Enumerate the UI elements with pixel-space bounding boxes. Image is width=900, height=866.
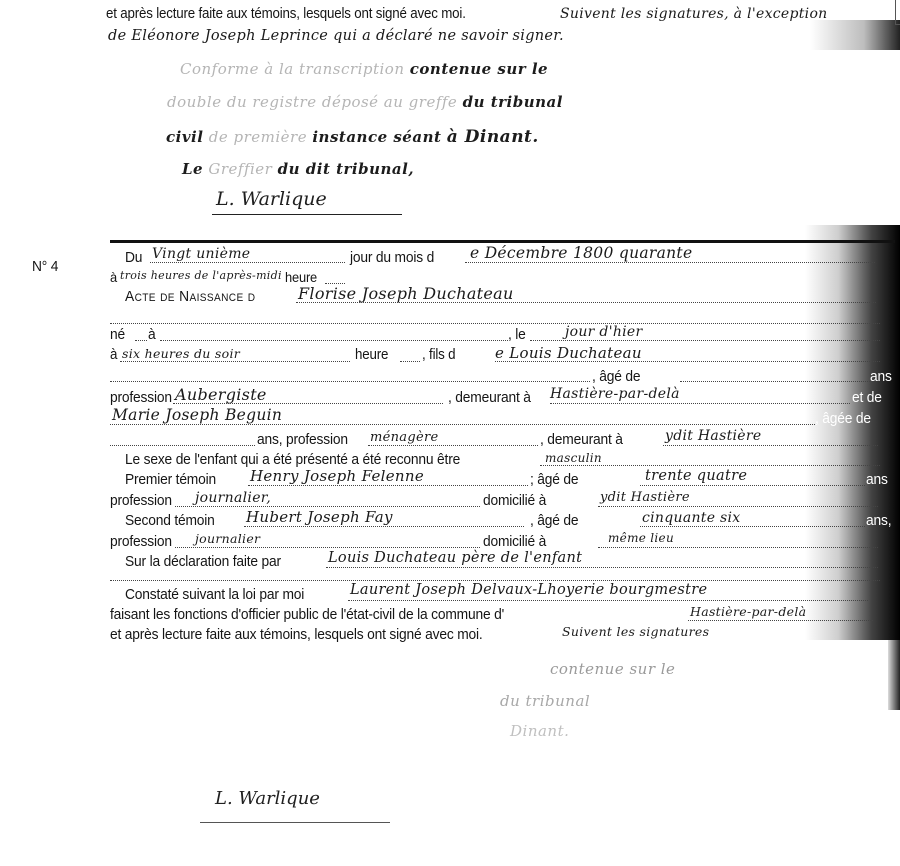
mother-profession-value: ménagère [370, 430, 438, 445]
cert-line1-faint: Conforme à la transcription [180, 60, 405, 78]
witness1-residence-value: ydit Hastière [600, 490, 690, 505]
witness1-age-value: trente quatre [645, 468, 747, 484]
father-age-unit: ans [870, 368, 892, 385]
mother-residence-label: , demeurant à [540, 431, 623, 448]
father-profession-value: Aubergiste [175, 385, 267, 404]
dotted-line [465, 262, 875, 263]
born-hour-label: heure [355, 347, 388, 363]
cert-line4-bold-a: Le [182, 160, 203, 178]
dotted-line [530, 340, 880, 341]
day-prefix: Du [125, 249, 142, 266]
dotted-line [326, 567, 878, 568]
greffier-signature: L. Warlique [216, 188, 327, 210]
cert-line3-faint: de première [209, 128, 307, 146]
father-profession-label: profession [110, 389, 172, 406]
dotted-line [680, 381, 870, 382]
faded-signature: L. Warlique [215, 788, 320, 809]
faded-cert-line-1: contenue sur le [180, 660, 675, 678]
officer-value: Laurent Joseph Delvaux-Lhoyerie bourgmes… [350, 582, 707, 598]
witness1-profession-value: journalier, [195, 490, 271, 506]
dotted-line [663, 445, 878, 446]
cert-line3-bold-a: civil [166, 128, 203, 146]
child-name: Florise Joseph Duchateau [298, 284, 514, 303]
closing-value: Suivent les signatures [562, 624, 709, 639]
dotted-line [348, 600, 868, 601]
faded-cert-line1-text: contenue sur le [550, 660, 675, 678]
dotted-line [175, 547, 480, 548]
witness2-residence-label: domicilié à [483, 533, 546, 550]
mother-age-unit: ans, profession [257, 431, 348, 448]
faded-cert-line-3: Dinant. [170, 722, 569, 740]
dotted-line [160, 340, 508, 341]
dotted-line [110, 424, 815, 425]
month-label: jour du mois d [350, 249, 434, 266]
previous-closing-handwritten: Suivent les signatures, à l'exception [560, 6, 828, 22]
mother-residence-value: ydit Hastière [665, 428, 761, 444]
function-label: faisant les fonctions d'officier public … [110, 606, 504, 623]
dotted-line [540, 465, 880, 466]
dotted-line [296, 302, 876, 303]
born-at-label: à [148, 326, 156, 343]
dotted-line [550, 403, 850, 404]
hour-label: heure [285, 269, 317, 285]
father-residence-label: , demeurant à [448, 389, 531, 406]
dotted-line [688, 620, 873, 621]
certification-line-4: Le Greffier du dit tribunal, [182, 160, 414, 178]
born-label: né [110, 326, 125, 343]
cert-line1-bold: contenue sur le [410, 60, 548, 78]
dotted-line [120, 361, 350, 362]
closing-label: et après lecture faite aux témoins, lesq… [110, 626, 483, 643]
witness2-age-value: cinquante six [642, 510, 741, 526]
mother-age-label: , âgée de [815, 410, 871, 427]
signature-underline [212, 214, 402, 215]
dotted-line [110, 381, 590, 382]
witness2-profession-value: journalier [195, 531, 260, 546]
sex-label: Le sexe de l'enfant qui a été présenté a… [125, 451, 460, 468]
dotted-line [244, 526, 524, 527]
cert-line4-faint: Greffier [208, 160, 272, 178]
act-separator-rule [110, 240, 895, 243]
day-value: Vingt unième [152, 246, 250, 262]
certification-line-1: Conforme à la transcription contenue sur… [180, 60, 548, 78]
scan-shadow-top [810, 20, 900, 50]
son-of-label: , fils d [422, 347, 455, 363]
act-number: N° 4 [32, 258, 58, 275]
cert-line3-bold-b: instance séant [312, 128, 441, 146]
dotted-line [368, 445, 538, 446]
cert-line4-bold-b: du dit tribunal, [278, 160, 414, 178]
father-residence-value: Hastière-par-delà [550, 386, 680, 402]
witness2-age-label: , âgé de [530, 512, 578, 529]
hour-value: trois heures de l'après-midi [120, 269, 282, 282]
declaration-label: Sur la déclaration faite par [125, 553, 281, 570]
dotted-line [598, 547, 878, 548]
page-frame-corner [895, 0, 900, 25]
faded-cert-line3-text: Dinant. [510, 722, 569, 740]
father-name: e Louis Duchateau [495, 344, 642, 362]
dotted-line [110, 445, 255, 446]
dotted-line [248, 485, 528, 486]
act-title: Acte de Naissance d [125, 288, 255, 305]
mother-name: Marie Joseph Beguin [112, 406, 282, 424]
witness2-age-unit: ans, [866, 512, 891, 529]
witness1-label: Premier témoin [125, 471, 216, 488]
born-date-label: , le [508, 326, 526, 343]
witness2-residence-value: même lieu [608, 531, 674, 545]
cert-line3-place: à Dinant. [447, 127, 539, 147]
cert-line2-faint: double du registre déposé au greffe [167, 93, 457, 111]
faded-signature-underline [200, 822, 390, 823]
witness2-name: Hubert Joseph Fay [246, 508, 393, 526]
dotted-line [640, 485, 865, 486]
declaration-value: Louis Duchateau père de l'enfant [328, 550, 582, 566]
scan-shadow-bottom [888, 640, 900, 710]
dotted-line [173, 403, 443, 404]
dotted-line [400, 361, 420, 362]
dotted-line [110, 323, 880, 324]
witness1-residence-label: domicilié à [483, 492, 546, 509]
dotted-line [135, 340, 147, 341]
father-age-label: , âgé de [592, 368, 640, 385]
witness2-label: Second témoin [125, 512, 215, 529]
witness1-age-unit: ans [866, 471, 888, 488]
cert-line2-bold: du tribunal [463, 93, 563, 111]
born-hour-value: six heures du soir [122, 346, 240, 361]
witness1-profession-label: profession [110, 492, 172, 509]
act-number-label: N° 4 [32, 258, 58, 275]
and-of-label: et de [852, 389, 882, 406]
certification-line-2: double du registre déposé au greffe du t… [167, 93, 563, 111]
officer-label: Constaté suivant la loi par moi [125, 586, 304, 603]
sex-value: masculin [545, 451, 602, 465]
dotted-line [110, 580, 880, 581]
dotted-line [495, 361, 880, 362]
born-hour-prefix: à [110, 347, 117, 363]
dotted-line [598, 506, 878, 507]
previous-closing-printed: et après lecture faite aux témoins, lesq… [106, 6, 466, 22]
hour-prefix: à [110, 269, 117, 285]
previous-closing-handwritten-2: de Eléonore Joseph Leprince qui a déclar… [108, 28, 564, 44]
commune-value: Hastière-par-delà [690, 604, 806, 619]
certification-line-3: civil de première instance séant à Dinan… [166, 127, 539, 147]
witness1-age-label: ; âgé de [530, 471, 578, 488]
scan-shadow-right [805, 225, 900, 640]
witness2-profession-label: profession [110, 533, 172, 550]
witness1-name: Henry Joseph Felenne [250, 467, 424, 485]
dotted-line [150, 262, 345, 263]
previous-closing-line: et après lecture faite aux témoins, lesq… [106, 6, 466, 22]
faded-cert-line-2: du tribunal [170, 692, 590, 710]
month-value: e Décembre 1800 quarante [470, 244, 692, 262]
faded-cert-line2-text: du tribunal [500, 692, 590, 710]
dotted-line [175, 506, 480, 507]
dotted-line [640, 526, 865, 527]
born-date-value: jour d'hier [565, 324, 643, 340]
